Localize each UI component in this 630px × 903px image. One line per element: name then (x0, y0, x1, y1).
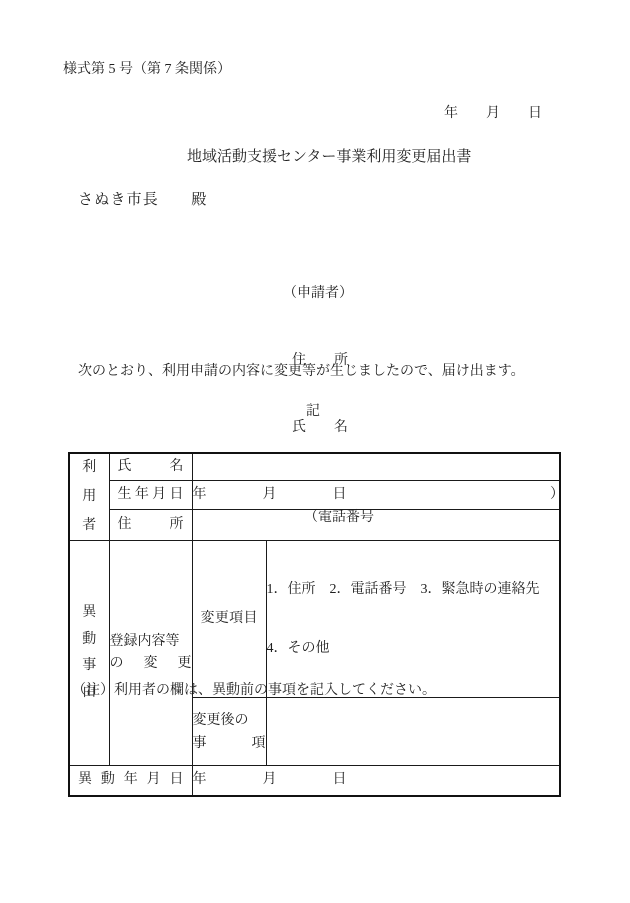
label-char: 用 (82, 490, 96, 504)
label-char: 住 (118, 518, 132, 532)
label-char: 動 (101, 773, 115, 787)
addressee-line: さぬき市長 殿 (78, 193, 208, 208)
address-value-cell (192, 510, 560, 541)
label-char: 者 (82, 519, 96, 533)
document-page: 様式第 5 号（第 7 条関係） 年 月 日 地域活動支援センター事業利用変更届… (0, 0, 630, 903)
label-char: 利 (82, 461, 96, 475)
registration-label-line2: の 変 更 (110, 653, 192, 675)
change-item-options-line1: 1．住所 2．電話番号 3．緊急時の連絡先 (267, 580, 560, 600)
label-char: 日 (169, 488, 183, 502)
change-date-label: 異 動 年 月 日 (70, 773, 192, 787)
table-row: 利 用 者 氏 名 (69, 453, 560, 480)
label-char: 更 (215, 612, 229, 626)
record-marker: 記 (306, 405, 320, 419)
label-char: 月 (147, 773, 161, 787)
change-item-label: 変 更 項 目 (193, 612, 266, 626)
date-line: 年 月 日 (444, 107, 542, 121)
label-char: 変 (201, 612, 215, 626)
label-char: 月 (152, 488, 166, 502)
change-date-value-cell: 年 月 日 (192, 766, 560, 796)
address-label: 住 所 (110, 518, 192, 532)
after-change-label-cell: 変更後の 事 項 (192, 698, 266, 766)
name-label: 氏 名 (110, 460, 192, 474)
body-text: 次のとおり、利用申請の内容に変更等が生じましたので、届け出ます。 (78, 365, 525, 379)
after-change-label-line1: 変更後の (193, 709, 266, 732)
label-char: 年 (124, 773, 138, 787)
after-change-value-cell (266, 698, 560, 766)
after-change-label-line2: 事 項 (193, 732, 266, 755)
birthdate-label: 生 年 月 日 (110, 488, 192, 502)
change-item-options-line2: 4．その他 (267, 639, 560, 659)
label-char: の (110, 653, 124, 675)
label-char: 事 (82, 659, 96, 673)
label-char: 異 (82, 606, 96, 620)
label-char: 項 (229, 612, 243, 626)
name-label-cell: 氏 名 (109, 453, 192, 480)
label-char: 名 (170, 460, 184, 474)
label-char: 項 (252, 732, 266, 755)
page-title: 地域活動支援センター事業利用変更届出書 (187, 150, 471, 165)
form-number: 様式第 5 号（第 7 条関係） (63, 63, 231, 77)
table-row: 異 動 事 由 登録内容等 の 変 更 変 更 項 目 (69, 541, 560, 698)
table-row: 生 年 月 日 年 月 日 (69, 480, 560, 510)
label-char: 日 (170, 773, 184, 787)
label-char: 生 (118, 488, 132, 502)
change-group-cell: 異 動 事 由 (69, 541, 109, 766)
registration-change-label-cell: 登録内容等 の 変 更 (109, 541, 192, 766)
label-char: 異 (78, 773, 92, 787)
label-char: 目 (243, 612, 257, 626)
label-char: 所 (170, 518, 184, 532)
registration-label-line1: 登録内容等 (110, 631, 192, 653)
label-char: 氏 (118, 460, 132, 474)
applicant-name-label: 氏 名 (283, 417, 374, 439)
name-value-cell (192, 453, 560, 480)
change-date-label-cell: 異 動 年 月 日 (69, 766, 192, 796)
birthdate-value-cell: 年 月 日 (192, 480, 560, 510)
label-char: 動 (82, 633, 96, 647)
table-row: 異 動 年 月 日 年 月 日 (69, 766, 560, 796)
address-label-cell: 住 所 (109, 510, 192, 541)
change-item-options-cell: 1．住所 2．電話番号 3．緊急時の連絡先 4．その他 (266, 541, 560, 698)
change-notification-table: 利 用 者 氏 名 生 年 月 日 (68, 452, 561, 797)
change-item-label-cell: 変 更 項 目 (192, 541, 266, 698)
applicant-heading: （申請者） (283, 283, 374, 305)
label-char: 更 (178, 653, 192, 675)
user-group-cell: 利 用 者 (69, 453, 109, 541)
label-char: 事 (193, 732, 207, 755)
footnote: （注）利用者の欄は、異動前の事項を記入してください。 (72, 684, 436, 698)
user-group-label: 利 用 者 (70, 454, 109, 540)
table-row: 住 所 (69, 510, 560, 541)
label-char: 変 (144, 653, 158, 675)
birthdate-label-cell: 生 年 月 日 (109, 480, 192, 510)
label-char: 年 (135, 488, 149, 502)
